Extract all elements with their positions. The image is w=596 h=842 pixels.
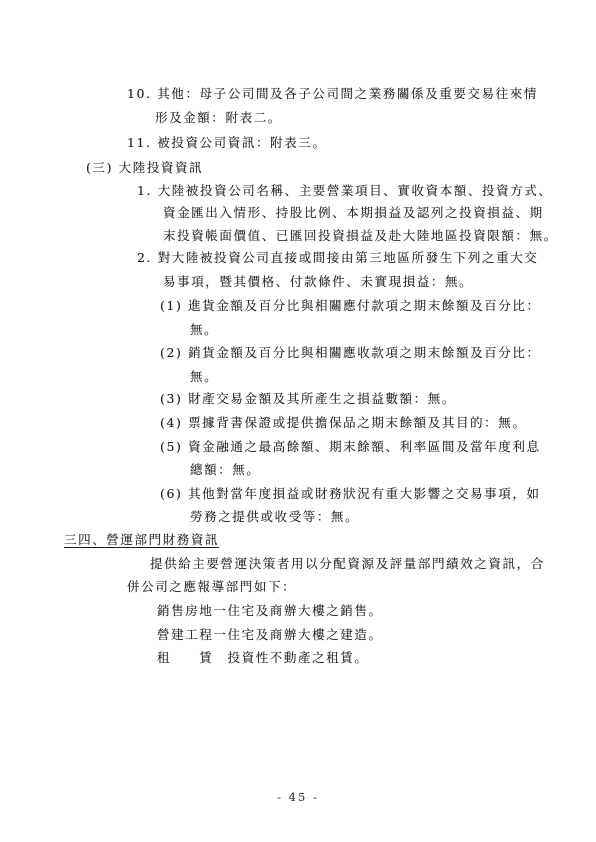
doc-line: 提供給主要營運決策者用以分配資源及評量部門績效之資訊，合 [150, 558, 545, 571]
doc-line-segment-sales: 銷售房地一住宅及商辦大樓之銷售。 [157, 605, 383, 618]
doc-line-section-3: (三) 大陸投資資訊 [86, 162, 203, 175]
section-heading: 三四、營運部門財務資訊 [64, 534, 219, 547]
doc-line: 1. 大陸被投資公司名稱、主要營業項目、實收資本額、投資方式、 [137, 185, 553, 198]
doc-line: 11. 被投資公司資訊：附表三。 [127, 137, 326, 150]
doc-line: 資金匯出入情形、持股比例、本期損益及認列之投資損益、期 [163, 207, 544, 220]
doc-line: 2. 對大陸被投資公司直接或間接由第三地區所發生下列之重大交 [137, 252, 538, 265]
doc-line: 形及金額：附表二。 [155, 112, 282, 125]
doc-line: 總額：無。 [190, 464, 261, 477]
doc-line: 易事項，暨其價格、付款條件、未實現損益：無。 [163, 276, 473, 289]
doc-line-segment-lease: 租 賃 投資性不動產之租賃。 [157, 652, 369, 665]
doc-line: 無。 [190, 324, 218, 337]
doc-line: (3) 財產交易金額及其所產生之損益數額：無。 [160, 393, 456, 406]
doc-line: 勞務之提供或收受等：無。 [190, 511, 359, 524]
page-number: - 45 - [0, 790, 596, 804]
doc-line: (5) 資金融通之最高餘額、期末餘額、利率區間及當年度利息 [160, 441, 541, 454]
document-page: 10. 其他：母子公司間及各子公司間之業務關係及重要交易往來情 形及金額：附表二… [0, 0, 596, 842]
doc-line: 末投資帳面價值、已匯回投資損益及赴大陸地區投資限額：無。 [163, 230, 558, 243]
doc-line: (6) 其他對當年度損益或財務狀況有重大影響之交易事項，如 [160, 488, 541, 501]
doc-line: 10. 其他：母子公司間及各子公司間之業務關係及重要交易往來情 [127, 88, 538, 101]
doc-line: 無。 [190, 371, 218, 384]
doc-line: (4) 票據背書保證或提供擔保品之期末餘額及其目的：無。 [160, 417, 526, 430]
doc-line: (2) 銷貨金額及百分比與相關應收款項之期末餘額及百分比： [160, 347, 541, 360]
doc-line-segment-construction: 營建工程一住宅及商辦大樓之建造。 [157, 629, 383, 642]
doc-line: 併公司之應報導部門如下： [127, 581, 296, 594]
doc-line: (1) 進貨金額及百分比與相關應付款項之期末餘額及百分比： [160, 300, 541, 313]
